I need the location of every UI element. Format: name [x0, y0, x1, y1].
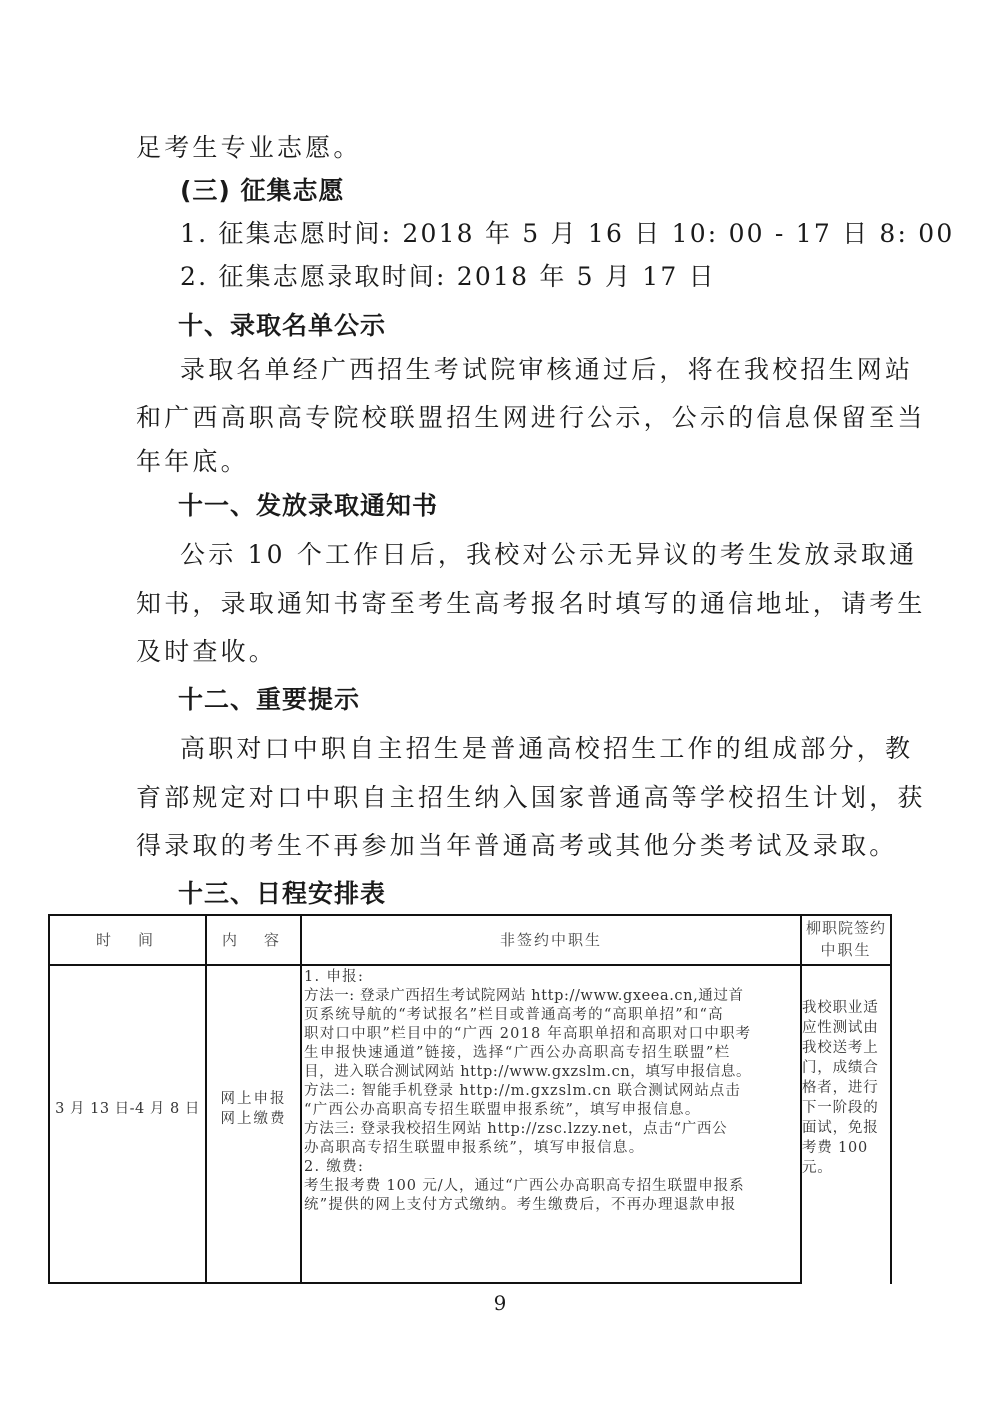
- contract-line: 元。: [802, 1159, 833, 1178]
- section-12-line-3: 得录取的考生不再参加当年普通高考或其他分类考试及录取。: [136, 831, 876, 861]
- column-divider-2: [300, 914, 302, 1284]
- non-contract-line: 1. 申报:: [304, 968, 364, 987]
- row-time: 3 月 13 日-4 月 8 日: [52, 1100, 203, 1119]
- contract-line: 门，成绩合: [802, 1059, 879, 1078]
- non-contract-line: 统”提供的网上支付方式缴纳。考生缴费后，不再办理退款申报: [304, 1196, 737, 1215]
- section-12-line-2: 育部规定对口中职自主招生纳入国家普通高等学校招生计划，获: [136, 783, 876, 813]
- header-non-contract: 非签约中职生: [302, 930, 800, 950]
- section-10-line-2: 和广西高职高专院校联盟招生网进行公示，公示的信息保留至当: [136, 403, 876, 433]
- non-contract-line: 方法二: 智能手机登录 http://m.gxzslm.cn 联合测试网站点击: [304, 1082, 741, 1101]
- non-contract-line: 2. 缴费:: [304, 1158, 364, 1177]
- section-11-line-1: 公示 10 个工作日后，我校对公示无异议的考生发放录取通: [180, 540, 920, 570]
- schedule-table: 时 间 内 容 非签约中职生 柳职院签约 中职生 3 月 13 日-4 月 8 …: [48, 914, 891, 1284]
- non-contract-line: 方法三: 登录我校招生网站 http://zsc.lzzy.net，点击“广西公: [304, 1120, 727, 1139]
- contract-line: 考费 100: [802, 1139, 868, 1158]
- header-contract-line-2: 中职生: [802, 940, 890, 960]
- contract-line: 格者，进行: [802, 1079, 879, 1098]
- section-10-heading: 十、录取名单公示: [178, 311, 386, 341]
- non-contract-line: 方法一: 登录广西招生考试院网站 http://www.gxeea.cn,通过首: [304, 987, 744, 1006]
- section-10-line-1: 录取名单经广西招生考试院审核通过后，将在我校招生网站: [180, 355, 920, 385]
- section-3-item-2: 2. 征集志愿录取时间: 2018 年 5 月 17 日: [180, 262, 716, 292]
- row-content-line-2: 网上缴费: [207, 1110, 300, 1129]
- section-10-line-3: 年年底。: [136, 447, 876, 477]
- contract-line: 下一阶段的: [802, 1099, 879, 1118]
- header-contract-line-1: 柳职院签约: [802, 918, 890, 938]
- section-3-item-1: 1. 征集志愿时间: 2018 年 5 月 16 日 10: 00 - 17 日…: [180, 219, 955, 249]
- table-header-divider: [48, 964, 891, 966]
- non-contract-line: 页系统导航的“考试报名”栏目或普通高考的“高职单招”和“高: [304, 1006, 724, 1025]
- table-border-right: [890, 914, 892, 1284]
- section-12-line-1: 高职对口中职自主招生是普通高校招生工作的组成部分，教: [180, 734, 920, 764]
- row-content-line-1: 网上申报: [207, 1090, 300, 1109]
- section-3-heading: (三) 征集志愿: [180, 176, 345, 206]
- non-contract-line: 考生报考费 100 元/人，通过“广西公办高职高专招生联盟申报系: [304, 1177, 745, 1196]
- header-content: 内 容: [207, 930, 300, 950]
- table-border-top: [48, 914, 891, 916]
- non-contract-line: 办高职高专招生联盟申报系统”，填写申报信息。: [304, 1139, 645, 1158]
- paragraph-continuation: 足考生专业志愿。: [136, 133, 876, 163]
- section-12-heading: 十二、重要提示: [178, 685, 360, 715]
- contract-line: 我校送考上: [802, 1039, 879, 1058]
- section-11-heading: 十一、发放录取通知书: [178, 491, 438, 521]
- contract-line: 面试，免报: [802, 1119, 879, 1138]
- header-time: 时 间: [50, 930, 205, 950]
- page-number: 9: [0, 1290, 1000, 1316]
- table-border-bottom: [48, 1282, 800, 1284]
- contract-line: 我校职业适: [802, 999, 879, 1018]
- non-contract-line: “广西公办高职高专招生联盟申报系统”，填写申报信息。: [304, 1101, 701, 1120]
- section-11-line-3: 及时查收。: [136, 637, 876, 667]
- non-contract-line: 生申报快速通道”链接，选择“广西公办高职高专招生联盟”栏: [304, 1044, 731, 1063]
- contract-line: 应性测试由: [802, 1019, 879, 1038]
- table-border-left: [48, 914, 50, 1284]
- section-13-heading: 十三、日程安排表: [178, 879, 386, 909]
- non-contract-line: 职对口中职”栏目中的“广西 2018 年高职单招和高职对口中职考: [304, 1025, 751, 1044]
- section-11-line-2: 知书，录取通知书寄至考生高考报名时填写的通信地址，请考生: [136, 589, 876, 619]
- non-contract-line: 目，进入联合测试网站 http://www.gxzslm.cn，填写申报信息。: [304, 1063, 751, 1082]
